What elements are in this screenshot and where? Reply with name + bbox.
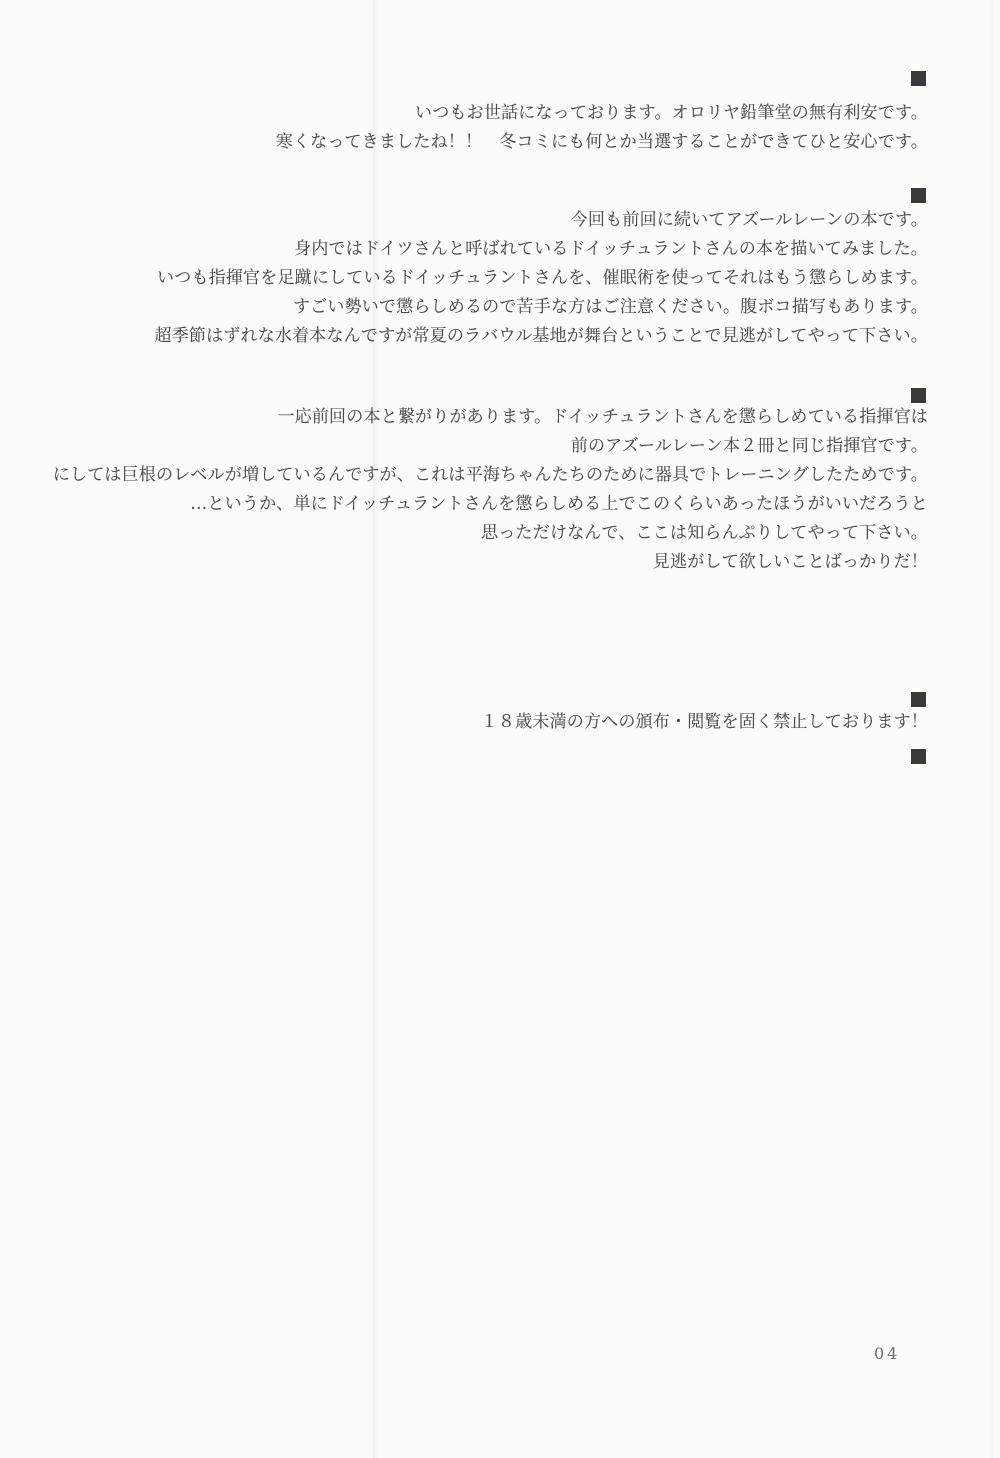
- afterword-section-age-notice: １８歳未満の方への頒布・閲覧を固く禁止しております！: [40, 708, 928, 737]
- text-line: 思っただけなんで、ここは知らんぷりしてやって下さい。: [40, 519, 928, 548]
- afterword-section-continuity: 一応前回の本と繋がりがあります。ドイッチュラントさんを懲らしめている指揮官は 前…: [40, 403, 928, 577]
- text-line: 一応前回の本と繋がりがあります。ドイッチュラントさんを懲らしめている指揮官は: [40, 403, 928, 432]
- afterword-section-book-intro: 今回も前回に続いてアズールレーンの本です。 身内ではドイツさんと呼ばれているドイ…: [40, 206, 928, 351]
- text-line: 身内ではドイツさんと呼ばれているドイッチュラントさんの本を描いてみました。: [40, 235, 928, 264]
- text-line: 今回も前回に続いてアズールレーンの本です。: [40, 206, 928, 235]
- text-line: …というか、単にドイッチュラントさんを懲らしめる上でこのくらいあったほうがいいだ…: [40, 490, 928, 519]
- section-marker-square: [911, 388, 926, 403]
- section-marker-square: [911, 692, 926, 707]
- text-line: １８歳未満の方への頒布・閲覧を固く禁止しております！: [40, 708, 928, 737]
- text-line: すごい勢いで懲らしめるので苦手な方はご注意ください。腹ボコ描写もあります。: [40, 293, 928, 322]
- section-marker-square: [911, 71, 926, 86]
- page-edge-line: [991, 0, 994, 1458]
- page-number: 04: [874, 1344, 900, 1363]
- text-line: 見逃がして欲しいことばっかりだ！: [40, 548, 928, 577]
- text-line: にしては巨根のレベルが増しているんですが、これは平海ちゃんたちのために器具でトレ…: [40, 461, 928, 490]
- section-marker-square: [911, 188, 926, 203]
- text-line: いつもお世話になっております。オロリヤ鉛筆堂の無有利安です。: [40, 99, 928, 128]
- text-line: いつも指揮官を足蹴にしているドイッチュラントさんを、催眠術を使ってそれはもう懲ら…: [40, 264, 928, 293]
- section-marker-square: [911, 749, 926, 764]
- scanned-afterword-page: いつもお世話になっております。オロリヤ鉛筆堂の無有利安です。 寒くなってきました…: [0, 0, 1000, 1458]
- text-line: 前のアズールレーン本２冊と同じ指揮官です。: [40, 432, 928, 461]
- text-line: 超季節はずれな水着本なんですが常夏のラバウル基地が舞台ということで見逃がしてやっ…: [40, 322, 928, 351]
- afterword-section-greeting: いつもお世話になっております。オロリヤ鉛筆堂の無有利安です。 寒くなってきました…: [40, 99, 928, 157]
- text-line: 寒くなってきましたね！！ 冬コミにも何とか当選することができてひと安心です。: [40, 128, 928, 157]
